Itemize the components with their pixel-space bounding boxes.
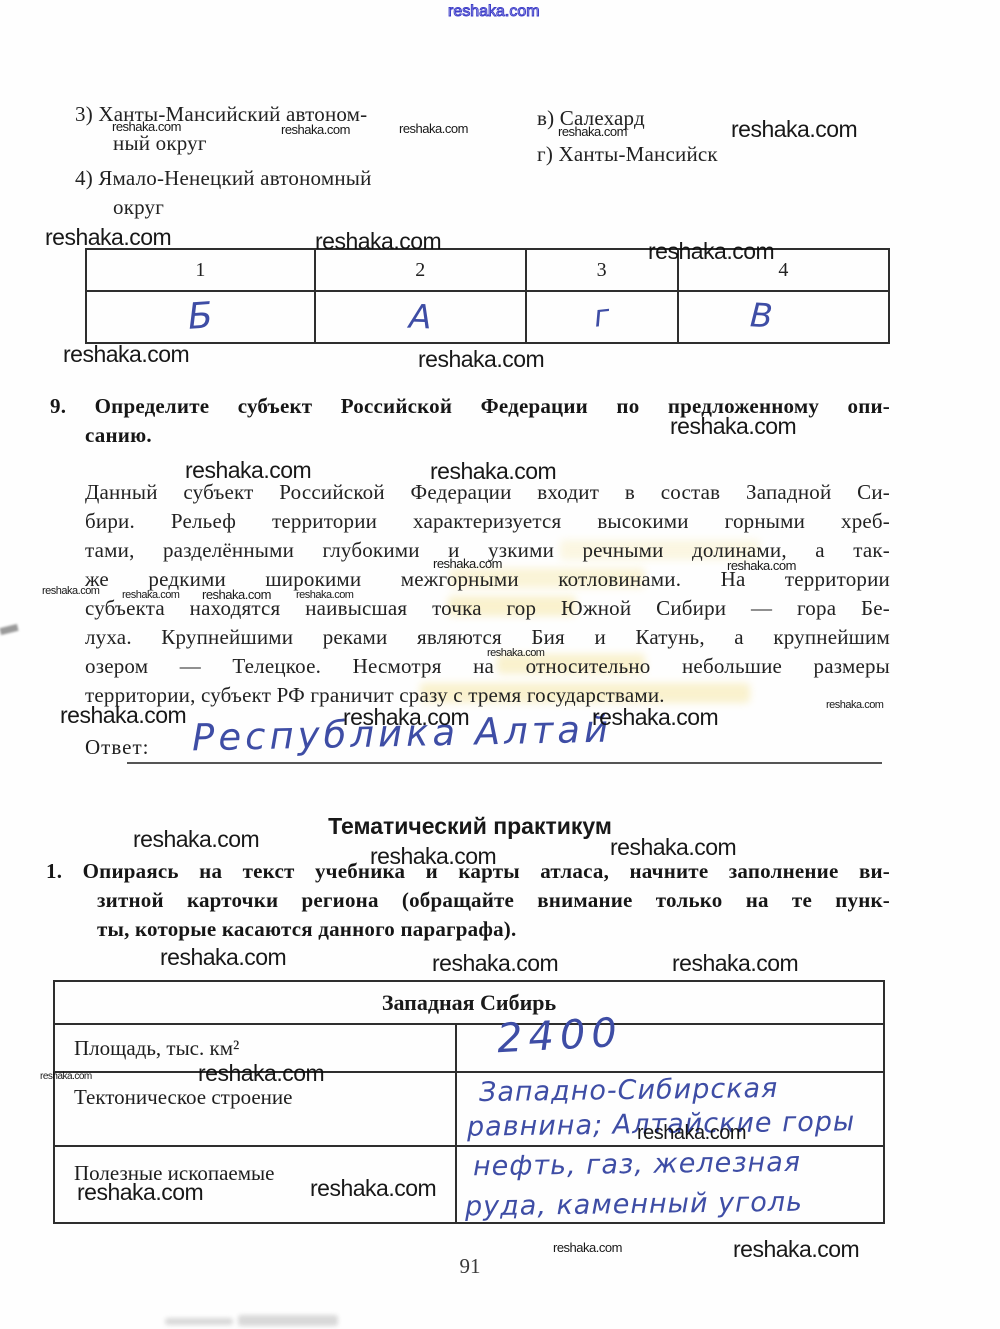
watermark-text: reshaka.com [60, 702, 186, 729]
option-4-line1: 4) Ямало-Ненецкий автономный [75, 164, 505, 193]
watermark-text: reshaka.com [112, 119, 181, 134]
watermark-text: reshaka.com [343, 704, 469, 731]
watermark-text: reshaka.com [731, 116, 857, 143]
scan-smudge [165, 1318, 233, 1325]
option-4-line2: округ [75, 193, 505, 222]
row-value-minerals: нефть, газ, железная руда, каменный угол… [456, 1146, 884, 1223]
watermark-text: reshaka.com [670, 413, 796, 440]
match-header-2: 2 [315, 249, 526, 291]
watermark-text: reshaka.com [45, 224, 171, 251]
handwritten-answer-1: Б [186, 291, 214, 343]
option-g: г) Ханты-Мансийск [537, 140, 718, 169]
question-1: 1. Опираясь на текст учебника и карты ат… [46, 857, 890, 944]
watermark-text: reshaka.com [733, 1236, 859, 1263]
watermark-text: reshaka.com [592, 704, 718, 731]
answer-underline [127, 762, 882, 764]
handwritten-minerals-line2: руда, каменный уголь [465, 1187, 803, 1223]
handwritten-answer-2: А [408, 292, 432, 343]
watermark-text: reshaka.com [198, 1060, 324, 1087]
region-card-title-row: Западная Сибирь [54, 981, 884, 1024]
watermark-text: reshaka.com [185, 457, 311, 484]
watermark-text: reshaka.com [430, 458, 556, 485]
answer-label: Ответ: [85, 735, 149, 760]
description-line: бири. Рельеф территории характеризуется … [85, 507, 890, 536]
watermark-text: reshaka.com [133, 826, 259, 853]
question-1-line2: зитной карточки региона (обращайте внима… [46, 886, 890, 915]
watermark-text: reshaka.com [202, 587, 271, 602]
watermark-text: reshaka.com [122, 589, 179, 601]
row-value-area: 2400 [456, 1024, 884, 1072]
match-header-1: 1 [86, 249, 315, 291]
watermark-text: reshaka.com [727, 558, 796, 573]
watermark-text: reshaka.com [826, 699, 883, 711]
watermark-text: reshaka.com [77, 1179, 203, 1206]
region-card-row-tectonics: Тектоническое строение Западно-Сибирская… [54, 1072, 884, 1146]
watermark-text: reshaka.com [63, 341, 189, 368]
watermark-text: reshaka.com [558, 124, 627, 139]
watermark-text: reshaka.com [418, 346, 544, 373]
watermark-text: reshaka.com [432, 950, 558, 977]
watermark-text: reshaka.com [487, 647, 544, 659]
watermark-text: reshaka.com [160, 944, 286, 971]
handwritten-tectonics-line1: Западно-Сибирская [479, 1073, 779, 1108]
workbook-page: 3) Ханты-Мансийский автоном- ный округ 4… [0, 0, 1000, 1329]
watermark-text: reshaka.com [281, 122, 350, 137]
watermark-text: reshaka.com [672, 950, 798, 977]
watermark-text: reshaka.com [296, 589, 353, 601]
region-card-title: Западная Сибирь [54, 981, 884, 1024]
watermark-text: reshaka.com [370, 843, 496, 870]
watermark-text: reshaka.com [637, 1122, 746, 1145]
handwritten-area-value: 2400 [496, 1010, 624, 1063]
handwritten-answer-4: В [749, 290, 774, 341]
handwritten-answer-3: г [591, 291, 612, 342]
watermark-text: reshaka.com [399, 121, 468, 136]
page-number: 91 [430, 1254, 510, 1279]
watermark-text: reshaka.com [42, 585, 99, 597]
watermark-text: reshaka.com [553, 1240, 622, 1255]
watermark-text: reshaka.com [40, 1071, 92, 1082]
match-table-answer-row: Б А г В [86, 291, 889, 343]
watermark-text: reshaka.com [315, 228, 441, 255]
watermark-text: reshaka.com [610, 834, 736, 861]
watermark-text: reshaka.com [648, 238, 774, 265]
scan-smudge [238, 1315, 338, 1326]
handwritten-minerals-line1: нефть, газ, железная [473, 1147, 801, 1183]
region-card-row-area: Площадь, тыс. км² 2400 [54, 1024, 884, 1072]
watermark-text: reshaka.com [448, 3, 540, 21]
question-1-line3: ты, которые касаются данного параграфа). [46, 915, 890, 944]
watermark-text: reshaka.com [433, 556, 502, 571]
watermark-text: reshaka.com [310, 1175, 436, 1202]
pen-mark [0, 624, 19, 635]
description-line: территории, субъект РФ граничит сразу с … [85, 681, 890, 710]
